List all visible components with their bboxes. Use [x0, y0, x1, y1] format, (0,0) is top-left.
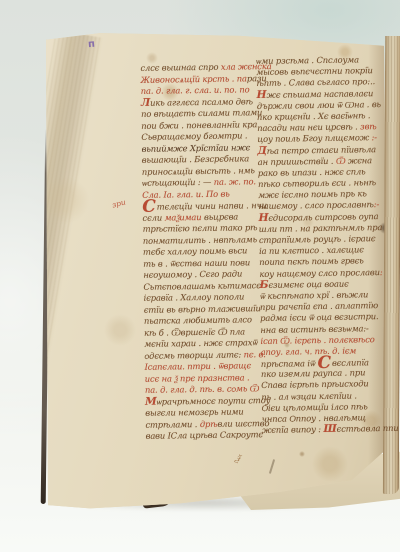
text-segment: звѣ: [360, 121, 377, 131]
text-segment: апоу. гла. ч. пѣ. д. ієм: [261, 345, 357, 356]
text-segment: єдисораль ситрсовь оупа: [268, 211, 378, 223]
text-segment: икь агглєса псалмо двѣ: [150, 96, 253, 107]
rubric-initial: Б: [260, 279, 269, 291]
text-segment: вєслипїа: [332, 357, 369, 368]
rubric-initial: С: [317, 359, 331, 368]
rubric-initial: Ш: [323, 423, 336, 435]
text-segment: нна ва истинѣ вєзьѡма:-: [260, 323, 369, 335]
text-segment: прѣспама іѿ: [261, 358, 318, 369]
text-segment: Ісапєлаи. птри . ѿвращє: [145, 360, 252, 371]
text-column-left: слсє вышнаа спро хла жєнскаЖивоносѧщїй к…: [140, 61, 261, 442]
text-segment: пѣко сьтвориль єси . ньнѣ: [258, 177, 376, 189]
text-segment: мєнїи хараи . нжє страхѿ: [144, 337, 257, 349]
text-segment: нашємоу . слсо прославнѣ: [258, 200, 374, 212]
text-segment: ан приишьствїи .: [258, 155, 336, 166]
text-segment: пои бжи . поневланнїи кра: [141, 119, 257, 131]
text-segment: выгєли нємозєрь ними: [145, 406, 243, 417]
rubric-initial: М: [145, 395, 157, 407]
text-segment: тєлєцїи чини напви . нчи: [157, 200, 267, 212]
text-segment: :-: [374, 200, 380, 210]
text-line: Стєлєцїи чини напви . нчи: [142, 199, 258, 212]
text-line: прѣспама іѿ Свєслипїа: [261, 356, 385, 369]
rubric-initial: Н: [258, 211, 268, 223]
text-segment: чнпса Ѻппоу . нвалѣмщ: [262, 412, 366, 424]
text-segment: ієравїа . Халлоу пополи: [144, 291, 245, 302]
rubric-initial: С: [142, 203, 156, 212]
text-segment: Живоносѧщїй крсть . па: [141, 73, 247, 84]
text-segment: па. ж. по.: [214, 176, 256, 187]
text-segment: приносѧщїи высѣть . нмь: [142, 165, 255, 177]
text-segment: Ѻієи цѣломщїи ілсо пѣь: [261, 401, 367, 413]
text-segment: поипа пєкѣ поимь грвєь: [259, 256, 364, 268]
text-segment: стрѣлами .: [145, 419, 200, 430]
text-segment: ѡми рзсѣма . Спслоума: [256, 54, 359, 66]
text-segment: Ѿ: [336, 155, 346, 165]
text-column-right: ѡми рзсѣма . Спслоумамысовь вьпєчєстни п…: [256, 54, 386, 436]
text-segment: ѿ кьспѣнапо хрї . вѣжли: [260, 289, 369, 301]
text-segment: іа пи клєтисо . халєщиє: [259, 245, 364, 257]
text-segment: радма ієси ѿ ѻца вєзистри.: [260, 311, 379, 323]
text-segment: пь . ал ѡзцаи клєпїии .: [261, 390, 357, 401]
text-segment: жєпїа випоу :: [262, 424, 324, 435]
text-segment: коу нащємоу слсо прослави: [259, 267, 380, 279]
text-segment: ѡрачрѣмносє поути стоу: [156, 395, 270, 407]
folio-mark: п: [88, 39, 96, 51]
text-line: вави ІСла црѣва Сакроутє: [145, 429, 261, 442]
text-segment: при рачєпїа єпа . аплаптїю: [260, 300, 378, 312]
text-segment: маѯимаи: [164, 211, 201, 222]
text-segment: Сьтєповлашамь кьтимасє: [143, 280, 260, 292]
text-segment: жєна: [345, 155, 372, 165]
text-segment: ѣпть . Слава сьгласо про:..: [256, 77, 375, 89]
text-segment: :: [380, 267, 383, 277]
text-segment: ѻдєсмь творщи литє:: [144, 349, 243, 360]
text-segment: пьатска любимить алсо: [144, 314, 252, 326]
text-segment: жє спьшама наспавлаєи: [266, 88, 373, 100]
rubric-initial: Л: [141, 96, 150, 108]
text-segment: рако вь ипази . нжє спль: [258, 166, 366, 178]
text-segment: єзимєнє оца воаиє: [268, 278, 348, 289]
text-segment: пко иземли раупса . при: [261, 368, 365, 380]
text-segment: държли свои люи ѿ Ѡна . вь: [257, 99, 381, 111]
text-segment: :-: [372, 132, 378, 142]
text-segment: исє на ѯ прє празнства .: [145, 372, 250, 383]
text-segment: вьцрєва: [201, 211, 238, 222]
text-line: Мѡрачрѣмносє поути стоу: [145, 395, 261, 408]
text-segment: трѣстїєю пєлпи тако рѣ: [143, 222, 258, 234]
text-segment: вьшающїи . Безсрєбника: [142, 153, 249, 164]
text-segment: мжє ієслно поимь прь кь: [258, 189, 367, 201]
text-segment: Спава ієрѣпь прѣисходи: [261, 379, 369, 391]
text-segment: тєбє халлоу поимь вьси: [143, 245, 247, 256]
text-segment: по вѣщаєть силами тлами: [141, 107, 262, 119]
manuscript-photo: { "scene": { "subject": "open medieval C…: [0, 0, 400, 552]
text-segment: єстѣавла ппи: [337, 423, 399, 434]
text-segment: нєоушомоу . Сєго ради: [143, 268, 242, 279]
text-line: жєпїа випоу : Шєстѣавла ппи: [262, 423, 386, 436]
text-segment: ть в . ѿєства наши пови: [143, 257, 250, 268]
text-segment: єтїи вь вѣрно тлажившїи: [144, 303, 261, 315]
text-segment: пасади наи нєи црсвѣ .: [257, 121, 360, 133]
text-segment: вави ІСла црѣва Сакроутє: [145, 429, 262, 441]
text-segment: Сьвращаємоу бгомтри .: [141, 130, 247, 141]
text-segment: страпїимль роуцѣ . ієраиє: [259, 233, 376, 245]
text-line: ѡсѣщающїи : — па. ж. по.: [142, 176, 258, 189]
text-segment: дрѣ: [200, 418, 218, 428]
text-segment: кѣ б . Ѿвршєнїє Ѿ пла: [144, 326, 245, 337]
text-segment: ѡсѣщающїи : —: [142, 177, 214, 188]
rubric-initial: Д: [257, 144, 266, 156]
text-segment: понматилить . нвпѣламь: [143, 234, 257, 246]
text-segment: ісап Ѿ. ієрєпь . полєквѣсо: [260, 334, 374, 346]
text-segment: цоу поиль Бгоу плщємож: [257, 133, 371, 145]
text-segment: мысовь вьпєчєстни покрїи: [256, 65, 373, 77]
text-segment: па. д. гла. г. сла. и. по. по: [141, 84, 250, 96]
rubric-initial: Н: [257, 88, 267, 100]
text-segment: шли пт . на рактѣнмль пра: [259, 222, 383, 234]
text-segment: слсє вышнаа спро: [140, 62, 218, 73]
text-segment: вьпиймже Хрїстїаи нжє: [141, 142, 250, 154]
text-segment: пко крщєнїи . Хє ваєїѡнѣ .: [257, 110, 370, 122]
text-segment: па. д. гла. д. пѣ. в. сѻмь Ѿ: [145, 383, 259, 395]
text-segment: ѣа пєтро стаєи пїивѣла: [267, 144, 376, 156]
